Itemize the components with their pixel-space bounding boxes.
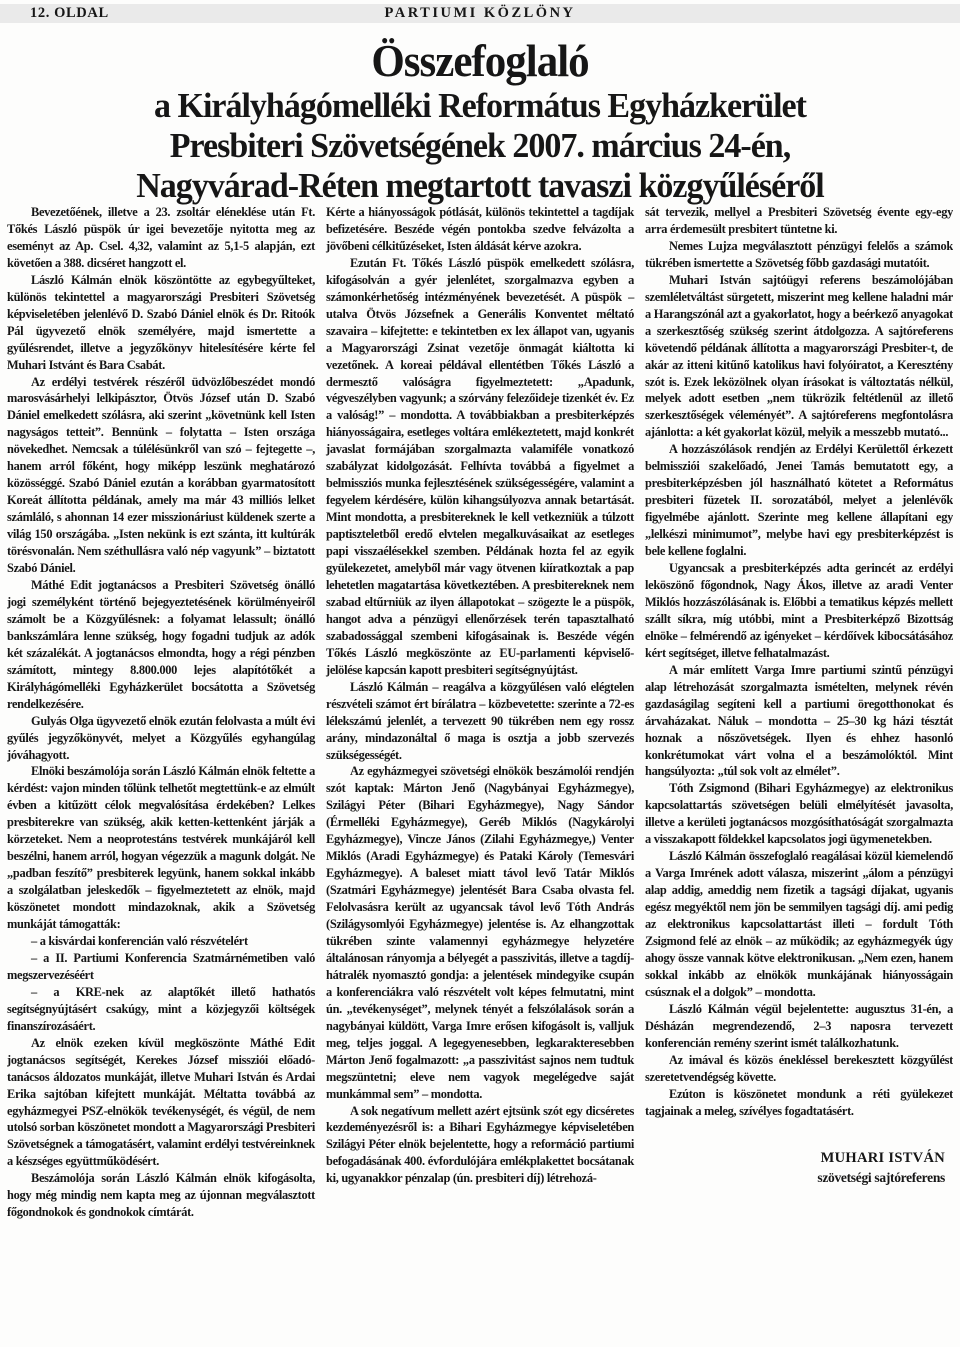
- text-column-3-paragraphs: sát tervezik, mellyel a Presbiteri Szöve…: [645, 204, 953, 1119]
- paragraph: Beszámolója során László Kálmán elnök ki…: [7, 1170, 315, 1221]
- paragraph: sát tervezik, mellyel a Presbiteri Szöve…: [645, 204, 953, 238]
- paragraph: Tóth Zsigmond (Bihari Egyházmegye) az el…: [645, 780, 953, 848]
- paragraph: – a kisvárdai konferencián való részvéte…: [7, 933, 315, 950]
- masthead-title: PARTIUMI KÖZLÖNY: [0, 4, 960, 23]
- article-headline: Összefoglaló a Királyhágómelléki Reformá…: [0, 36, 960, 206]
- paragraph: Az elnök ezeken kívül megköszönte Máthé …: [7, 1035, 315, 1171]
- text-column-3: sát tervezik, mellyel a Presbiteri Szöve…: [645, 204, 953, 1344]
- text-column-1: Bevezetőének, illetve a 23. zsoltár elén…: [7, 204, 315, 1344]
- paragraph: Bevezetőének, illetve a 23. zsoltár elén…: [7, 204, 315, 272]
- article-subtitle-line-2: Presbiteri Szövetségének 2007. március 2…: [0, 126, 960, 168]
- paragraph: A már említett Varga Imre partiumi szint…: [645, 662, 953, 781]
- paragraph: Muhari István sajtóügyi referens beszámo…: [645, 272, 953, 442]
- paragraph: Gulyás Olga ügyvezető elnök ezután felol…: [7, 713, 315, 764]
- paragraph: A hozzászólások rendjén az Erdélyi Kerül…: [645, 441, 953, 560]
- paragraph: Ugyancsak a presbiterképzés adta gerincé…: [645, 560, 953, 662]
- signature-name: MUHARI ISTVÁN: [645, 1149, 945, 1168]
- paragraph: Máthé Edit jogtanácsos a Presbiteri Szöv…: [7, 577, 315, 713]
- text-column-2: Kérte a hiányosságok pótlását, különös t…: [326, 204, 634, 1344]
- paragraph: László Kálmán elnök köszöntötte az egybe…: [7, 272, 315, 374]
- paragraph: Az imával és közös énekléssel berekeszte…: [645, 1052, 953, 1086]
- article-title: Összefoglaló: [0, 36, 960, 89]
- paragraph: László Kálmán végül bejelentette: augusz…: [645, 1001, 953, 1052]
- paragraph: Elnöki beszámolója során László Kálmán e…: [7, 763, 315, 933]
- paragraph: László Kálmán – reagálva a közgyűlésen v…: [326, 679, 634, 764]
- masthead-bar: 12. OLDAL PARTIUMI KÖZLÖNY: [0, 4, 960, 23]
- article-subtitle-line-1: a Királyhágómelléki Református Egyházker…: [0, 86, 960, 128]
- signature-block: MUHARI ISTVÁN szövetségi sajtóreferens: [645, 1149, 953, 1187]
- article-subtitle-line-3: Nagyvárad-Réten megtartott tavaszi közgy…: [0, 166, 960, 208]
- paragraph: Kérte a hiányosságok pótlását, különös t…: [326, 204, 634, 255]
- paragraph: – a II. Partiumi Konferencia Szatmárnéme…: [7, 950, 315, 984]
- paragraph: Nemes Lujza megválasztott pénzügyi felel…: [645, 238, 953, 272]
- paragraph: Az egyházmegyei szövetségi elnökök beszá…: [326, 763, 634, 1102]
- paragraph: Ezúton is köszönetet mondunk a réti gyül…: [645, 1086, 953, 1120]
- signature-role: szövetségi sajtóreferens: [645, 1168, 945, 1187]
- newspaper-page: 12. OLDAL PARTIUMI KÖZLÖNY Összefoglaló …: [0, 0, 960, 1347]
- article-body: Bevezetőének, illetve a 23. zsoltár elén…: [7, 204, 953, 1344]
- paragraph: Ezután Ft. Tőkés László püspök emelkedet…: [326, 255, 634, 679]
- paragraph: László Kálmán összefoglaló reagálásai kö…: [645, 848, 953, 1001]
- paragraph: – a KRE-nek az alaptőkét illető hathatós…: [7, 984, 315, 1035]
- paragraph: A sok negatívum mellett azért ejtsünk sz…: [326, 1103, 634, 1188]
- paragraph: Az erdélyi testvérek részéről üdvözlőbes…: [7, 374, 315, 577]
